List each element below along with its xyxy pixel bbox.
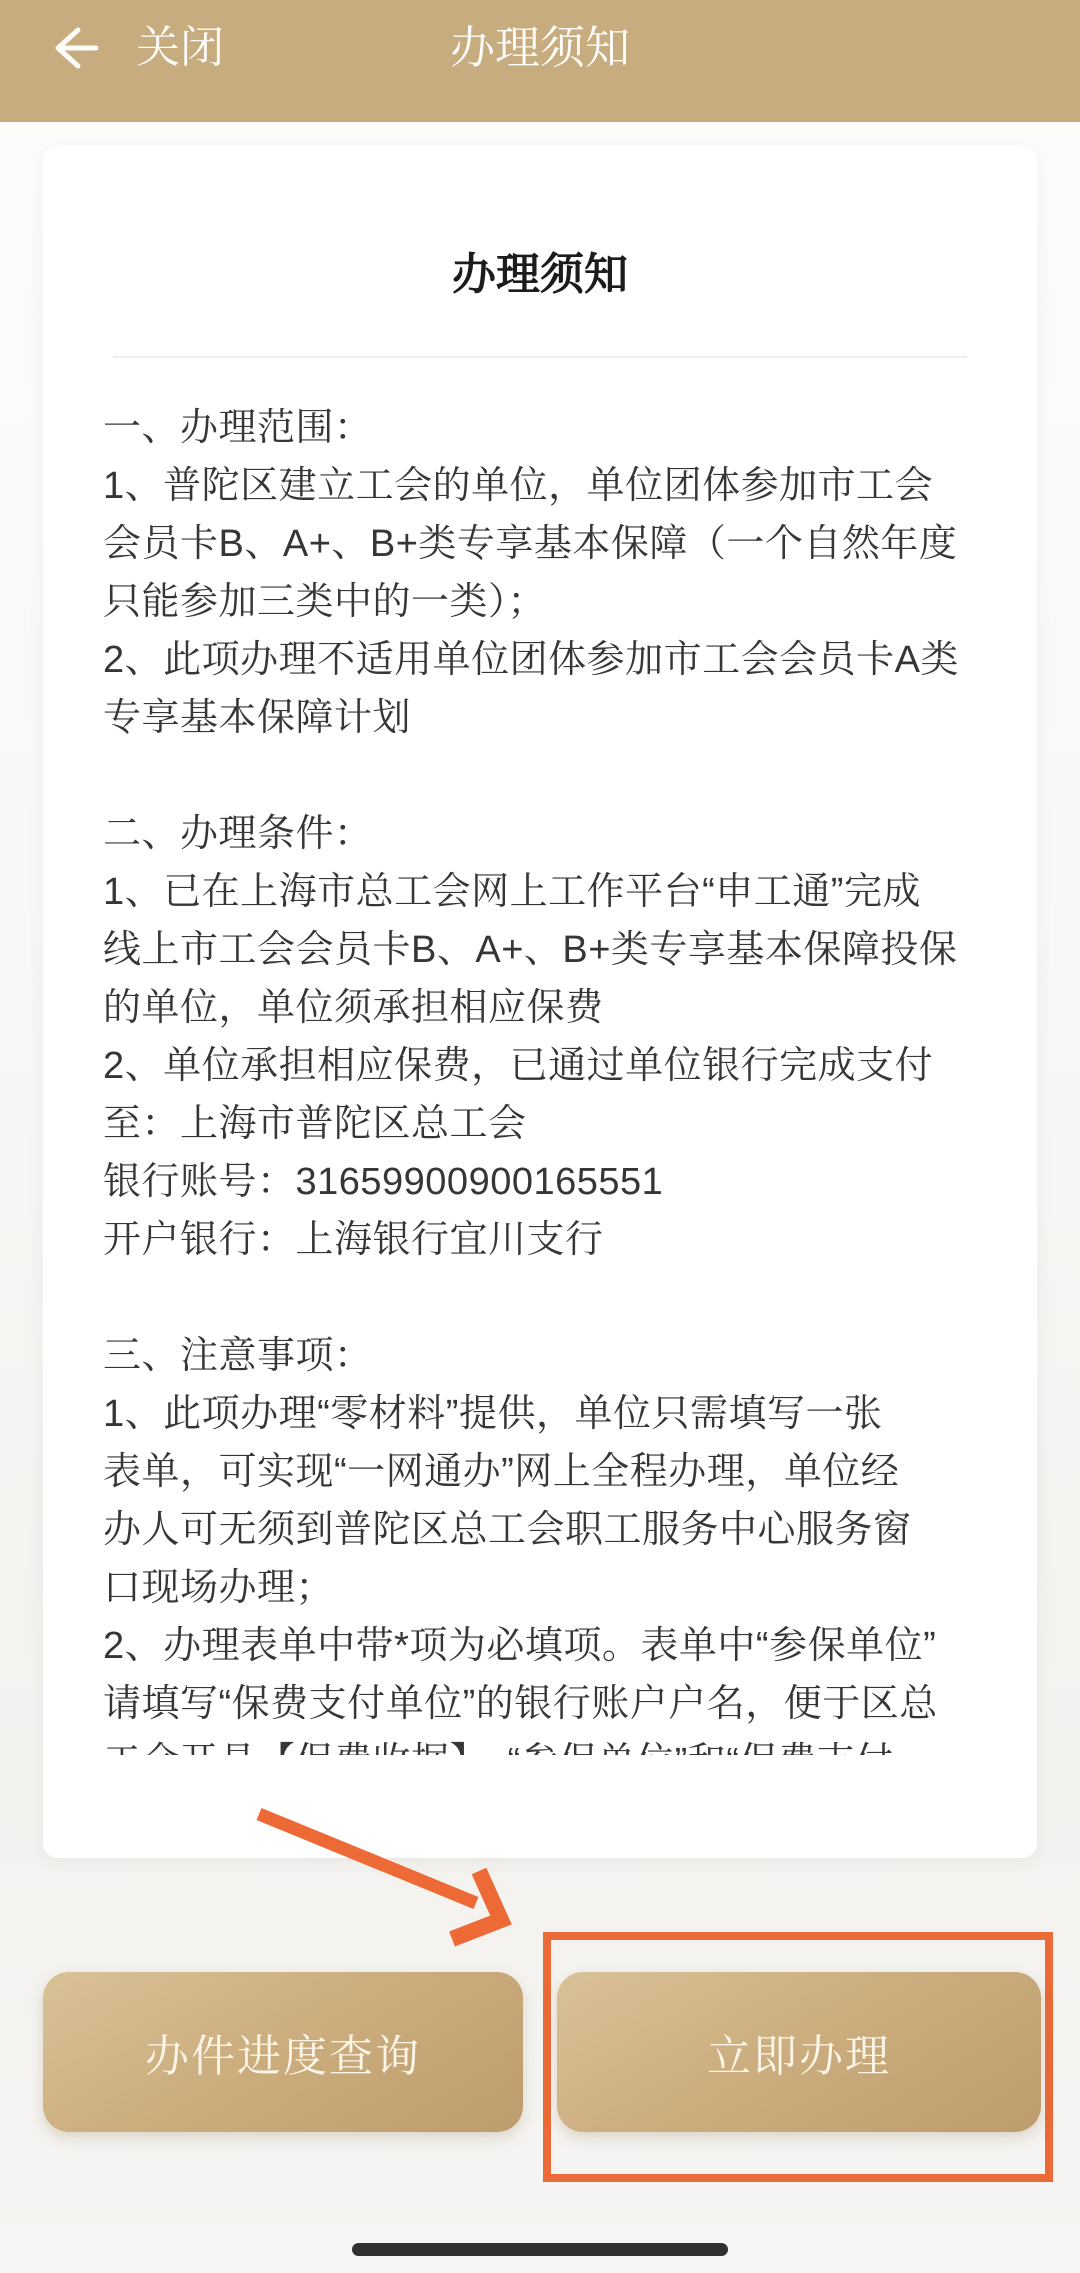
- page-title: 办理须知: [0, 24, 1080, 72]
- notice-card-title: 办理须知: [43, 145, 1037, 300]
- notice-text-line: 办人可无须到普陀区总工会职工服务中心服务窗: [103, 1501, 975, 1559]
- notice-text-line: 开户银行：上海银行宜川支行: [103, 1211, 975, 1269]
- notice-text-line: [103, 747, 975, 805]
- notice-text-line: 2、单位承担相应保费，已通过单位银行完成支付: [103, 1037, 975, 1095]
- notice-card: 办理须知 一、办理范围： 1、普陀区建立工会的单位，单位团体参加市工会 会员卡B…: [43, 145, 1037, 1858]
- title-divider: [113, 356, 967, 358]
- notice-text-line: 三、注意事项：: [103, 1327, 975, 1385]
- notice-text-line: 的单位，单位须承担相应保费: [103, 979, 975, 1037]
- notice-text-line: 专享基本保障计划: [103, 689, 975, 747]
- notice-text-area[interactable]: 一、办理范围： 1、普陀区建立工会的单位，单位团体参加市工会 会员卡B、A+、B…: [103, 399, 975, 1755]
- notice-text-line: 至：上海市普陀区总工会: [103, 1095, 975, 1153]
- notice-text-line: 表单，可实现“一网通办”网上全程办理，单位经: [103, 1443, 975, 1501]
- notice-text-line: 二、办理条件：: [103, 805, 975, 863]
- notice-text-line: 2、办理表单中带*项为必填项。表单中“参保单位”: [103, 1617, 975, 1675]
- progress-query-button[interactable]: 办件进度查询: [43, 1972, 523, 2132]
- app-header: 关闭 办理须知: [0, 0, 1080, 122]
- notice-text-line: 1、普陀区建立工会的单位，单位团体参加市工会: [103, 457, 975, 515]
- notice-text-line: 1、此项办理“零材料”提供，单位只需填写一张: [103, 1385, 975, 1443]
- notice-text-line: 请填写“保费支付单位”的银行账户户名，便于区总: [103, 1675, 975, 1733]
- notice-text-line: 口现场办理；: [103, 1559, 975, 1617]
- notice-text-line: 只能参加三类中的一类）；: [103, 573, 975, 631]
- notice-text-line: 银行账号：31659900900165551: [103, 1153, 975, 1211]
- notice-text-line: 工会开具【保费收据】，“参保单位”和“保费支付: [103, 1733, 975, 1755]
- notice-text-line: 线上市工会会员卡B、A+、B+类专享基本保障投保: [103, 921, 975, 979]
- notice-text-line: 一、办理范围：: [103, 399, 975, 457]
- notice-text-line: [103, 1269, 975, 1327]
- home-indicator-bar[interactable]: [352, 2243, 728, 2256]
- notice-text-line: 2、此项办理不适用单位团体参加市工会会员卡A类: [103, 631, 975, 689]
- apply-now-button[interactable]: 立即办理: [557, 1972, 1041, 2132]
- notice-text-line: 会员卡B、A+、B+类专享基本保障（一个自然年度: [103, 515, 975, 573]
- notice-text-line: 1、已在上海市总工会网上工作平台“申工通”完成: [103, 863, 975, 921]
